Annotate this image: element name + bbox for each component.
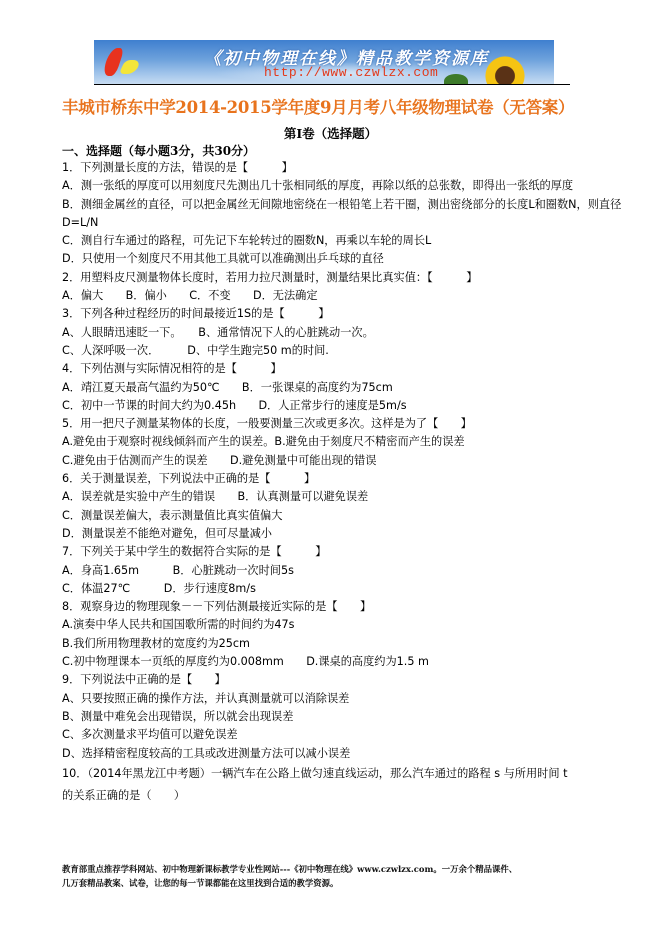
question-10: 10．（2014年黑龙江中考题）一辆汽车在公路上做匀速直线运动，那么汽车通过的路… — [62, 763, 622, 805]
header-banner: 《初中物理在线》精品教学资源库 http://www.czwlzx.com — [94, 40, 554, 84]
question-stem: 7．下列关于某中学生的数据符合实际的是【 】 — [62, 543, 622, 561]
document-title: 丰城市桥东中学2014-2015学年度9月月考八年级物理试卷（无答案） — [62, 94, 622, 118]
question-1: 1．下列测量长度的方法，错误的是【 】 A．测一张纸的厚度可以用刻度尺先测出几十… — [62, 159, 622, 269]
question-6: 6．关于测量误差，下列说法中正确的是【 】 A．误差就是实验中产生的错误 B．认… — [62, 470, 622, 543]
logo-yellow-mark-icon — [119, 60, 142, 74]
options-row: C．体温27℃ D．步行速度8m/s — [62, 580, 622, 598]
option-c: C．测自行车通过的路程，可先记下车轮转过的圈数N，再乘以车轮的周长L — [62, 232, 622, 250]
options-row: A．偏大 B．偏小 C．不变 D．无法确定 — [62, 287, 622, 305]
option-a: A、只要按照正确的操作方法，并认真测量就可以消除误差 — [62, 690, 622, 708]
question-stem: 10．（2014年黑龙江中考题）一辆汽车在公路上做匀速直线运动，那么汽车通过的路… — [62, 763, 622, 787]
options-row: C.避免由于估测而产生的误差 D.避免测量中可能出现的错误 — [62, 452, 622, 470]
question-stem: 1．下列测量长度的方法，错误的是【 】 — [62, 159, 622, 177]
question-stem: 8．观察身边的物理现象－－下列估测最接近实际的是【 】 — [62, 598, 622, 616]
question-stem-continued: 的关系正确的是（ ） — [62, 787, 622, 805]
option-b: B．测细金属丝的直径，可以把金属丝无间隙地密绕在一根铅笔上若干圈，测出密绕部分的… — [62, 196, 622, 233]
options-row: A．身高1.65m B．心脏跳动一次时间5s — [62, 562, 622, 580]
option-a: A.演奏中华人民共和国国歌所需的时间约为47s — [62, 616, 622, 634]
options-row: A．误差就是实验中产生的错误 B．认真测量可以避免误差 — [62, 488, 622, 506]
question-2: 2．用塑料皮尺测量物体长度时，若用力拉尺测量时，测量结果比真实值：【 】 A．偏… — [62, 269, 622, 306]
question-3: 3．下列各种过程经历的时间最接近1S的是【 】 A、人眼睛迅速眨一下。 B、通常… — [62, 305, 622, 360]
option-d: D．测量误差不能绝对避免，但可尽量减小 — [62, 525, 622, 543]
question-stem: 3．下列各种过程经历的时间最接近1S的是【 】 — [62, 305, 622, 323]
option-b: B.我们所用物理教材的宽度约为25cm — [62, 635, 622, 653]
options-row: A、人眼睛迅速眨一下。 B、通常情况下人的心脏跳动一次。 — [62, 324, 622, 342]
options-row: C．初中一节课的时间大约为0.45h D．人正常步行的速度是5m/s — [62, 397, 622, 415]
option-a: A．测一张纸的厚度可以用刻度尺先测出几十张相同纸的厚度，再除以纸的总张数，即得出… — [62, 177, 622, 195]
options-row: A.避免由于观察时视线倾斜而产生的误差。B.避免由于刻度尺不精密而产生的误差 — [62, 433, 622, 451]
question-8: 8．观察身边的物理现象－－下列估测最接近实际的是【 】 A.演奏中华人民共和国国… — [62, 598, 622, 671]
question-7: 7．下列关于某中学生的数据符合实际的是【 】 A．身高1.65m B．心脏跳动一… — [62, 543, 622, 598]
volume-title: 第Ⅰ卷（选择题） — [0, 124, 661, 142]
options-row: C.初中物理课本一页纸的厚度约为0.008mm D.课桌的高度约为1.5 m — [62, 653, 622, 671]
option-b: B、测量中难免会出现错误，所以就会出现误差 — [62, 708, 622, 726]
banner-url: http://www.czwlzx.com — [264, 65, 438, 80]
sunflower-icon — [480, 56, 530, 84]
question-stem: 4．下列估测与实际情况相符的是【 】 — [62, 360, 622, 378]
question-9: 9．下列说法中正确的是【 】 A、只要按照正确的操作方法，并认真测量就可以消除误… — [62, 671, 622, 762]
page-footer: 教育部重点推荐学科网站、初中物理新课标教学专业性网站---《初中物理在线》www… — [62, 862, 622, 890]
question-stem: 6．关于测量误差，下列说法中正确的是【 】 — [62, 470, 622, 488]
question-4: 4．下列估测与实际情况相符的是【 】 A．靖江夏天最高气温约为50℃ B．一张课… — [62, 360, 622, 415]
question-stem: 2．用塑料皮尺测量物体长度时，若用力拉尺测量时，测量结果比真实值：【 】 — [62, 269, 622, 287]
question-5: 5．用一把尺子测量某物体的长度，一般要测量三次或更多次。这样是为了【 】 A.避… — [62, 415, 622, 470]
option-c: C．测量误差偏大，表示测量值比真实值偏大 — [62, 507, 622, 525]
header-rule — [94, 84, 570, 85]
leaf-icon — [444, 74, 468, 84]
footer-line-1: 教育部重点推荐学科网站、初中物理新课标教学专业性网站---《初中物理在线》www… — [62, 862, 622, 876]
footer-line-2: 几万套精品教案、试卷，让您的每一节课都能在这里找到合适的教学资源。 — [62, 876, 622, 890]
option-d: D、选择精密程度较高的工具或改进测量方法可以减小误差 — [62, 745, 622, 763]
question-stem: 9．下列说法中正确的是【 】 — [62, 671, 622, 689]
options-row: C、人深呼吸一次． D、中学生跑完50 m的时间. — [62, 342, 622, 360]
option-c: C、多次测量求平均值可以避免误差 — [62, 726, 622, 744]
question-list: 1．下列测量长度的方法，错误的是【 】 A．测一张纸的厚度可以用刻度尺先测出几十… — [62, 159, 622, 805]
section-title: 一、选择题（每小题3分，共30分） — [62, 142, 255, 159]
question-stem: 5．用一把尺子测量某物体的长度，一般要测量三次或更多次。这样是为了【 】 — [62, 415, 622, 433]
options-row: A．靖江夏天最高气温约为50℃ B．一张课桌的高度约为75cm — [62, 379, 622, 397]
option-d: D．只使用一个刻度尺不用其他工具就可以准确测出乒乓球的直径 — [62, 250, 622, 268]
